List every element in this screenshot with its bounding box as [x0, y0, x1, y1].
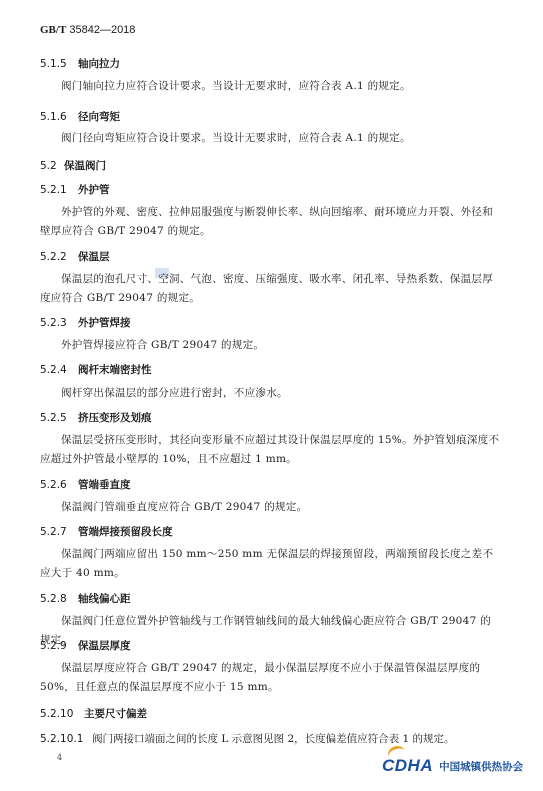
section-body: 保温层受挤压变形时，其径向变形量不应超过其设计保温层厚度的 15%。外护管划痕深… [40, 431, 500, 469]
section-body: 阀杆穿出保温层的部分应进行密封，不应渗水。 [40, 384, 500, 403]
standard-number: 35842—2018 [69, 24, 135, 36]
section-body: 外护管焊接应符合 GB/T 29047 的规定。 [40, 336, 500, 355]
section-heading: 5.2.10主要尺寸偏差 [40, 706, 147, 721]
section-heading: 5.2.7管端焊接预留段长度 [40, 524, 173, 539]
cdha-logo: CDHA 中国城镇供热协会 [382, 756, 523, 776]
section-body: 保温层的泡孔尺寸、空洞、气泡、密度、压缩强度、吸水率、闭孔率、导热系数、保温层厚… [40, 270, 500, 308]
cdha-mark-icon: CDHA [382, 756, 433, 776]
section-body: 保温阀门两端应留出 150 mm～250 mm 无保温层的焊接预留段，两端预留段… [40, 545, 500, 583]
section-heading: 5.1.5轴向拉力 [40, 56, 120, 71]
page-number: 4 [57, 753, 62, 762]
section-heading: 5.2.9保温层厚度 [40, 638, 131, 653]
section-heading: 5.2.4阀杆末端密封性 [40, 362, 152, 377]
section-body: 保温阀门管端垂直度应符合 GB/T 29047 的规定。 [40, 498, 500, 517]
section-body: 阀门径向弯矩应符合设计要求。当设计无要求时，应符合表 A.1 的规定。 [40, 129, 500, 148]
section-heading: 5.2.3外护管焊接 [40, 315, 131, 330]
document-header: GB/T 35842—2018 [40, 24, 135, 36]
section-heading: 5.2保温阀门 [40, 158, 106, 173]
section-body: 阀门轴向拉力应符合设计要求。当设计无要求时，应符合表 A.1 的规定。 [40, 77, 500, 96]
section-heading: 5.2.5挤压变形及划痕 [40, 410, 152, 425]
section-heading: 5.1.6径向弯矩 [40, 109, 120, 124]
section-body: 外护管的外观、密度、拉伸屈服强度与断裂伸长率、纵向回缩率、耐环境应力开裂、外径和… [40, 203, 500, 241]
section-heading: 5.2.6管端垂直度 [40, 477, 131, 492]
section-heading: 5.2.1外护管 [40, 182, 110, 197]
subsection-line: 5.2.10.1阀门两接口端面之间的长度 L 示意图见图 2，长度偏差值应符合表… [40, 731, 455, 746]
section-heading: 5.2.8轴线偏心距 [40, 591, 131, 606]
standard-prefix: GB/T [40, 24, 66, 36]
org-name: 中国城镇供热协会 [439, 759, 523, 774]
section-body: 保温层厚度应符合 GB/T 29047 的规定，最小保温层厚度不应小于保温管保温… [40, 659, 500, 697]
section-heading: 5.2.2保温层 [40, 249, 110, 264]
